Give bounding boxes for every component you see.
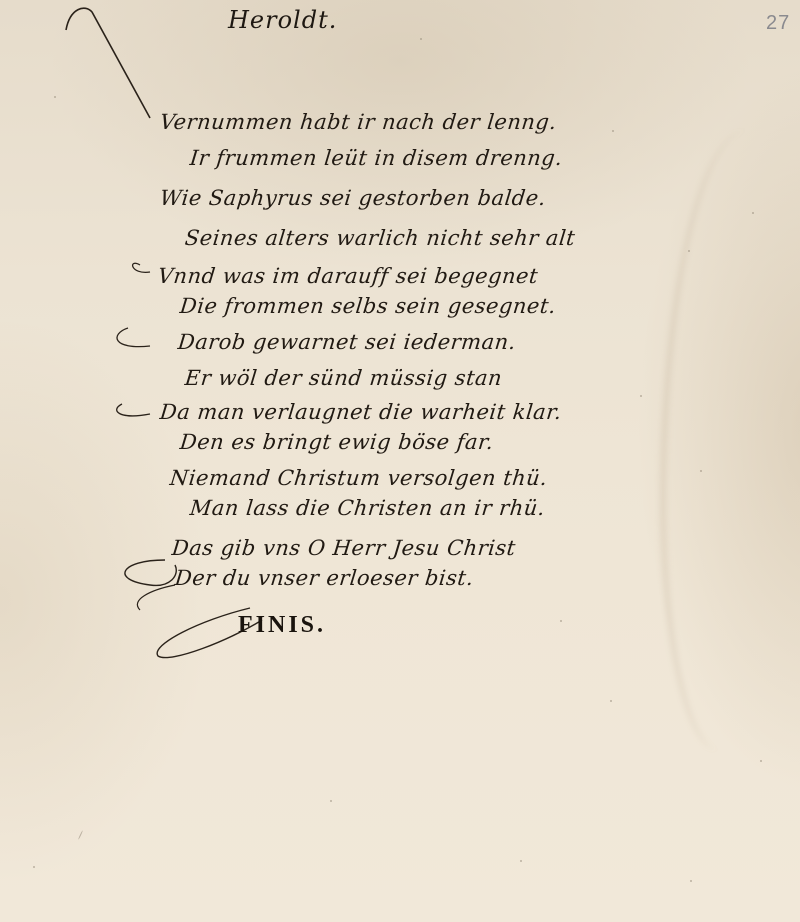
verse-line: Man lass die Christen an ir rhü. [189,496,547,520]
verse-line: Er wöl der sünd müssig stan [184,366,504,390]
page-heading: Heroldt. [228,6,337,34]
verse-line: Darob gewarnet sei iederman. [177,330,517,354]
verse-line: Den es bringt ewig böse far. [179,430,495,454]
verse-line: Vernummen habt ir nach der lenng. [159,110,558,134]
verse-line: Wie Saphyrus sei gestorben balde. [159,186,547,210]
folio-number: 27 [766,12,790,35]
finis-closing: FINIS. [238,612,326,639]
manuscript-page: Heroldt. 27 Vernummen habt ir nach der l… [0,0,800,922]
verse-line: Der du vnser erloeser bist. [174,566,475,590]
verse-line: Ir frummen leüt in disem drenng. [189,146,564,170]
verse-line: Niemand Christum versolgen thü. [169,466,549,490]
verse-line: Das gib vns O Herr Jesu Christ [171,536,517,560]
pen-flourishes [0,0,800,922]
verse-line: Da man verlaugnet die warheit klar. [159,400,563,424]
verse-line: Seines alters warlich nicht sehr alt [184,226,577,250]
verse-line: Die frommen selbs sein gesegnet. [179,294,558,318]
verse-line: Vnnd was im darauff sei begegnet [157,264,540,288]
